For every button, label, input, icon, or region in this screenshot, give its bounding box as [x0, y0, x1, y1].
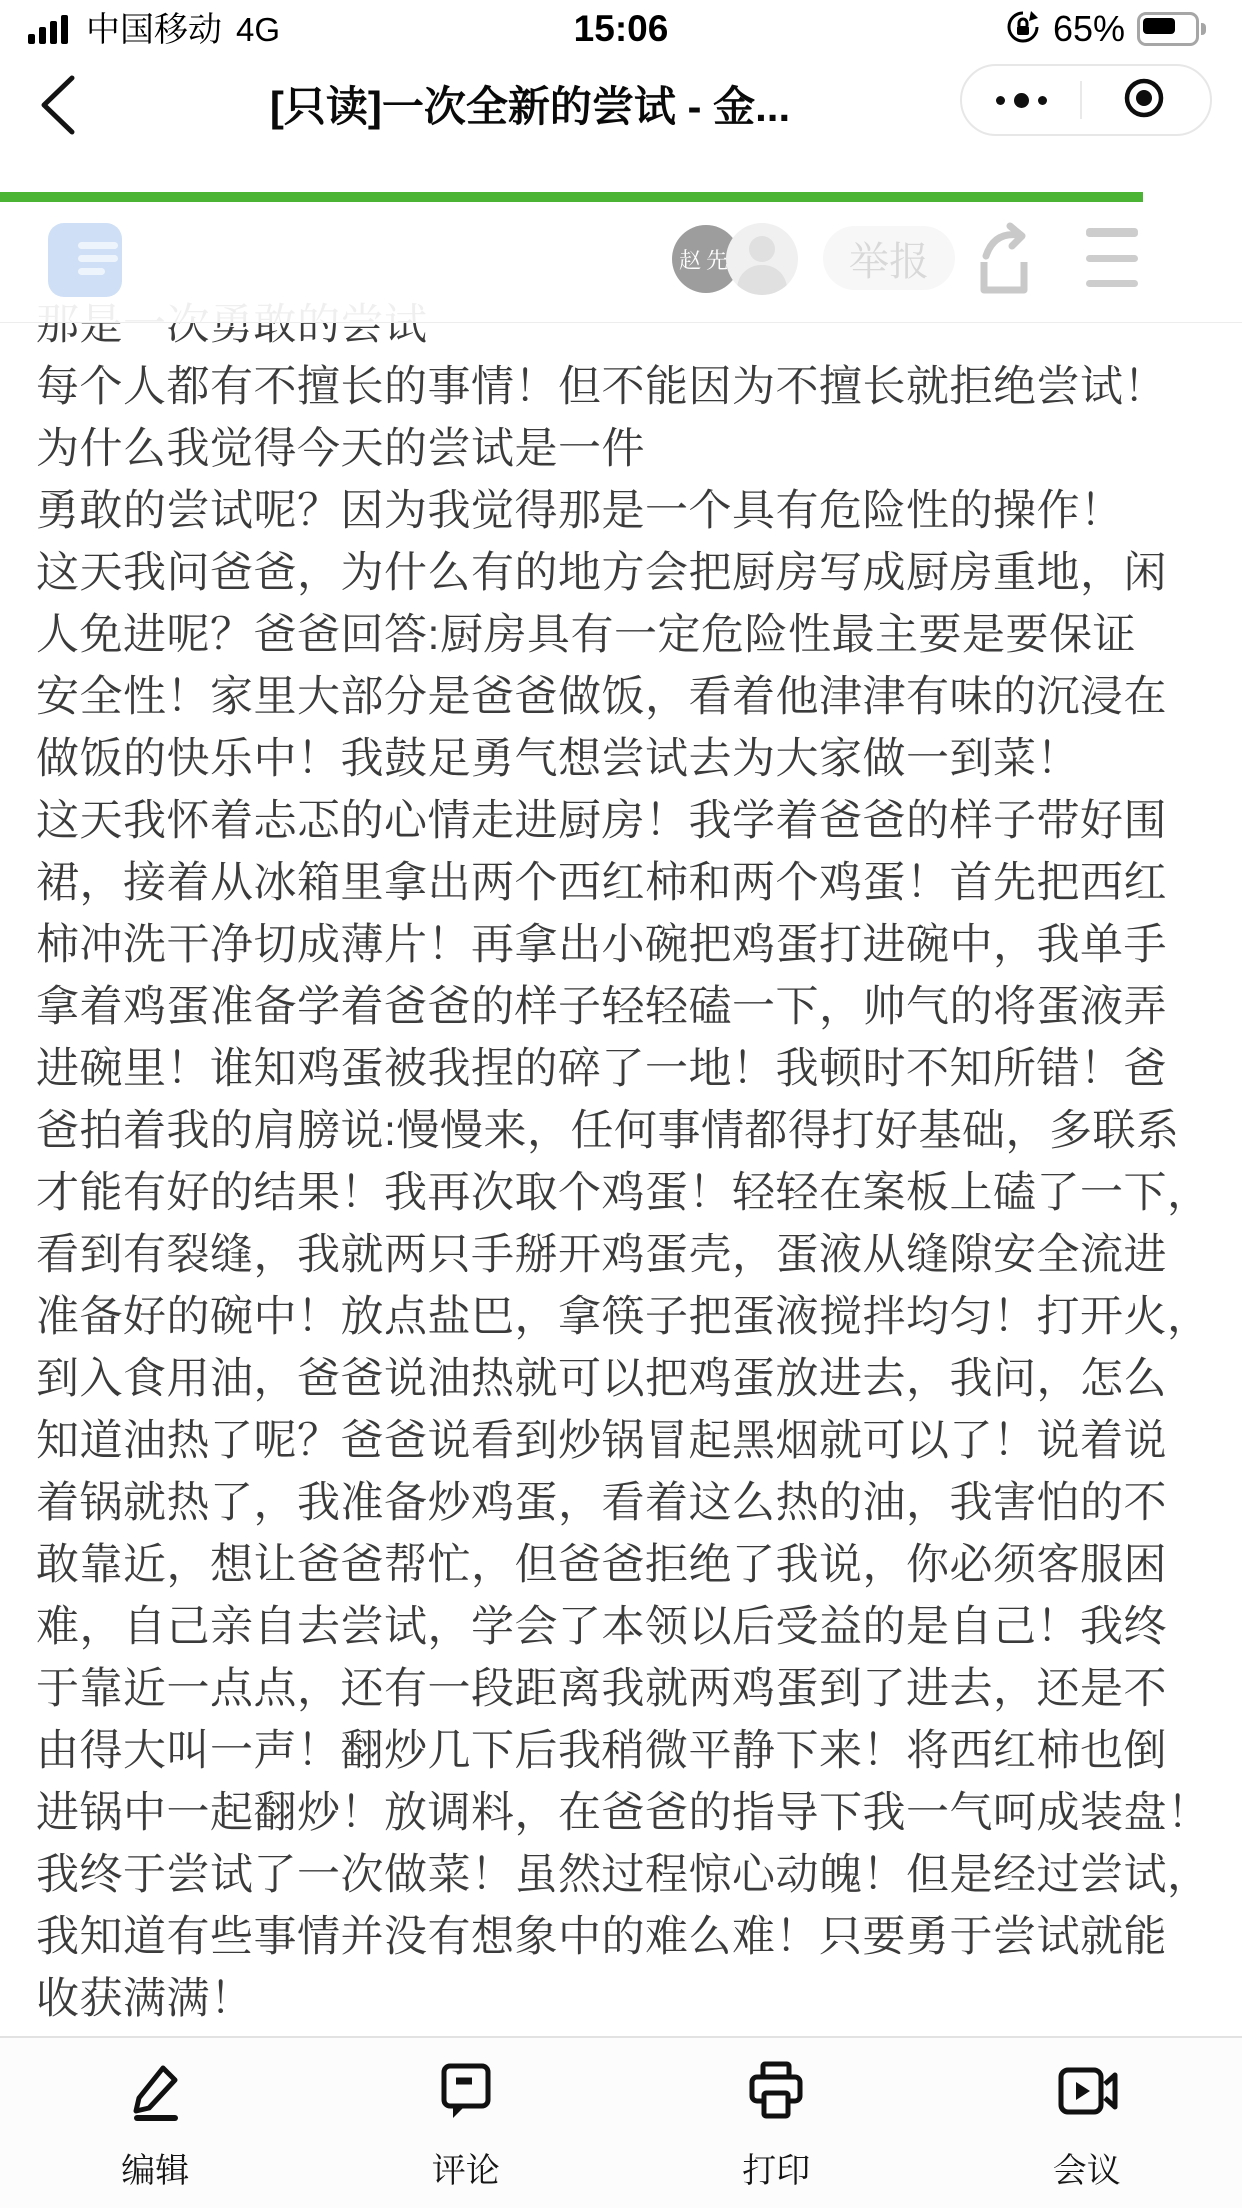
comment-icon	[434, 2060, 498, 2129]
document-line: 我终于尝试了一次做菜！虽然过程惊心动魄！但是经过尝试，	[0, 1844, 1242, 1906]
document-line: 敢靠近，想让爸爸帮忙，但爸爸拒绝了我说，你必须客服困	[0, 1534, 1242, 1596]
print-button[interactable]: 打印	[621, 2038, 932, 2208]
comment-label: 评论	[432, 2143, 500, 2192]
rotation-lock-icon	[1005, 9, 1041, 50]
meeting-button[interactable]: 会议	[932, 2038, 1242, 2208]
close-button[interactable]	[1082, 76, 1206, 125]
share-button[interactable]	[972, 222, 1036, 298]
edit-button[interactable]: 编辑	[0, 2038, 311, 2208]
meeting-icon	[1055, 2060, 1119, 2129]
bottom-toolbar: 编辑 评论 打印 会议	[0, 2036, 1242, 2208]
document-line: 人免进呢？爸爸回答:厨房具有一定危险性最主要是要保证	[0, 604, 1242, 666]
document-line: 为什么我觉得今天的尝试是一件	[0, 418, 1242, 480]
document-line: 每个人都有不擅长的事情！但不能因为不擅长就拒绝尝试！	[0, 356, 1242, 418]
outline-button[interactable]	[48, 223, 122, 297]
battery-percent-label: 65%	[1053, 8, 1125, 50]
document-line: 看到有裂缝，我就两只手掰开鸡蛋壳，蛋液从缝隙安全流进	[0, 1224, 1242, 1286]
document-body: 那是一次勇敢的尝试 每个人都有不擅长的事情！但不能因为不擅长就拒绝尝试！ 为什么…	[0, 294, 1242, 2030]
share-icon	[972, 285, 1036, 302]
print-label: 打印	[742, 2143, 810, 2192]
document-line: 由得大叫一声！翻炒几下后我稍微平静下来！将西红柿也倒	[0, 1720, 1242, 1782]
document-line: 进碗里！谁知鸡蛋被我捏的碎了一地！我顿时不知所错！爸	[0, 1038, 1242, 1100]
loading-progress-bar	[0, 192, 1143, 202]
document-line: 着锅就热了，我准备炒鸡蛋，看着这么热的油，我害怕的不	[0, 1472, 1242, 1534]
report-button[interactable]: 举报	[823, 226, 955, 290]
printer-icon	[744, 2060, 808, 2129]
document-line: 这天我问爸爸，为什么有的地方会把厨房写成厨房重地，闲	[0, 542, 1242, 604]
document-line: 做饭的快乐中！我鼓足勇气想尝试去为大家做一到菜！	[0, 728, 1242, 790]
page-title: [只读]一次全新的尝试 - 金...	[110, 74, 950, 134]
miniprogram-capsule	[960, 64, 1212, 136]
document-line: 收获满满！	[0, 1968, 1242, 2030]
document-line: 我知道有些事情并没有想象中的难么难！只要勇于尝试就能	[0, 1906, 1242, 1968]
document-line: 柿冲洗干净切成薄片！再拿出小碗把鸡蛋打进碗中，我单手	[0, 914, 1242, 976]
document-line: 进锅中一起翻炒！放调料，在爸爸的指导下我一气呵成装盘！	[0, 1782, 1242, 1844]
menu-button[interactable]	[1086, 228, 1138, 290]
document-line: 这天我怀着忐忑的心情走进厨房！我学着爸爸的样子带好围	[0, 790, 1242, 852]
document-line: 勇敢的尝试呢？因为我觉得那是一个具有危险性的操作！	[0, 480, 1242, 542]
document-line: 知道油热了呢？爸爸说看到炒锅冒起黑烟就可以了！说着说	[0, 1410, 1242, 1472]
document-line: 到入食用油，爸爸说油热就可以把鸡蛋放进去，我问，怎么	[0, 1348, 1242, 1410]
pencil-icon	[123, 2060, 187, 2129]
avatar[interactable]	[726, 223, 798, 295]
more-button[interactable]	[962, 93, 1080, 108]
battery-icon	[1137, 12, 1206, 46]
document-line: 才能有好的结果！我再次取个鸡蛋！轻轻在案板上磕了一下，	[0, 1162, 1242, 1224]
document-line: 于靠近一点点，还有一段距离我就两鸡蛋到了进去，还是不	[0, 1658, 1242, 1720]
meeting-label: 会议	[1053, 2143, 1121, 2192]
status-bar: 中国移动 4G 15:06 65%	[0, 0, 1242, 58]
document-line: 裙，接着从冰箱里拿出两个西红柿和两个鸡蛋！首先把西红	[0, 852, 1242, 914]
chevron-left-icon	[28, 127, 88, 144]
document-line: 拿着鸡蛋准备学着爸爸的样子轻轻磕一下，帅气的将蛋液弄	[0, 976, 1242, 1038]
document-line: 安全性！家里大部分是爸爸做饭，看着他津津有味的沉浸在	[0, 666, 1242, 728]
ellipsis-icon	[996, 93, 1047, 108]
comment-button[interactable]: 评论	[311, 2038, 622, 2208]
document-toolbar: 赵先 举报	[0, 202, 1242, 323]
back-button[interactable]	[28, 70, 88, 140]
document-line: 难，自己亲自去尝试，学会了本领以后受益的是自己！我终	[0, 1596, 1242, 1658]
edit-label: 编辑	[121, 2143, 189, 2192]
document-line: 准备好的碗中！放点盐巴，拿筷子把蛋液搅拌均匀！打开火，	[0, 1286, 1242, 1348]
menu-icon	[1086, 228, 1138, 235]
document-line: 爸拍着我的肩膀说:慢慢来，任何事情都得打好基础，多联系	[0, 1100, 1242, 1162]
target-icon	[1122, 76, 1166, 125]
nav-bar: [只读]一次全新的尝试 - 金...	[0, 58, 1242, 192]
